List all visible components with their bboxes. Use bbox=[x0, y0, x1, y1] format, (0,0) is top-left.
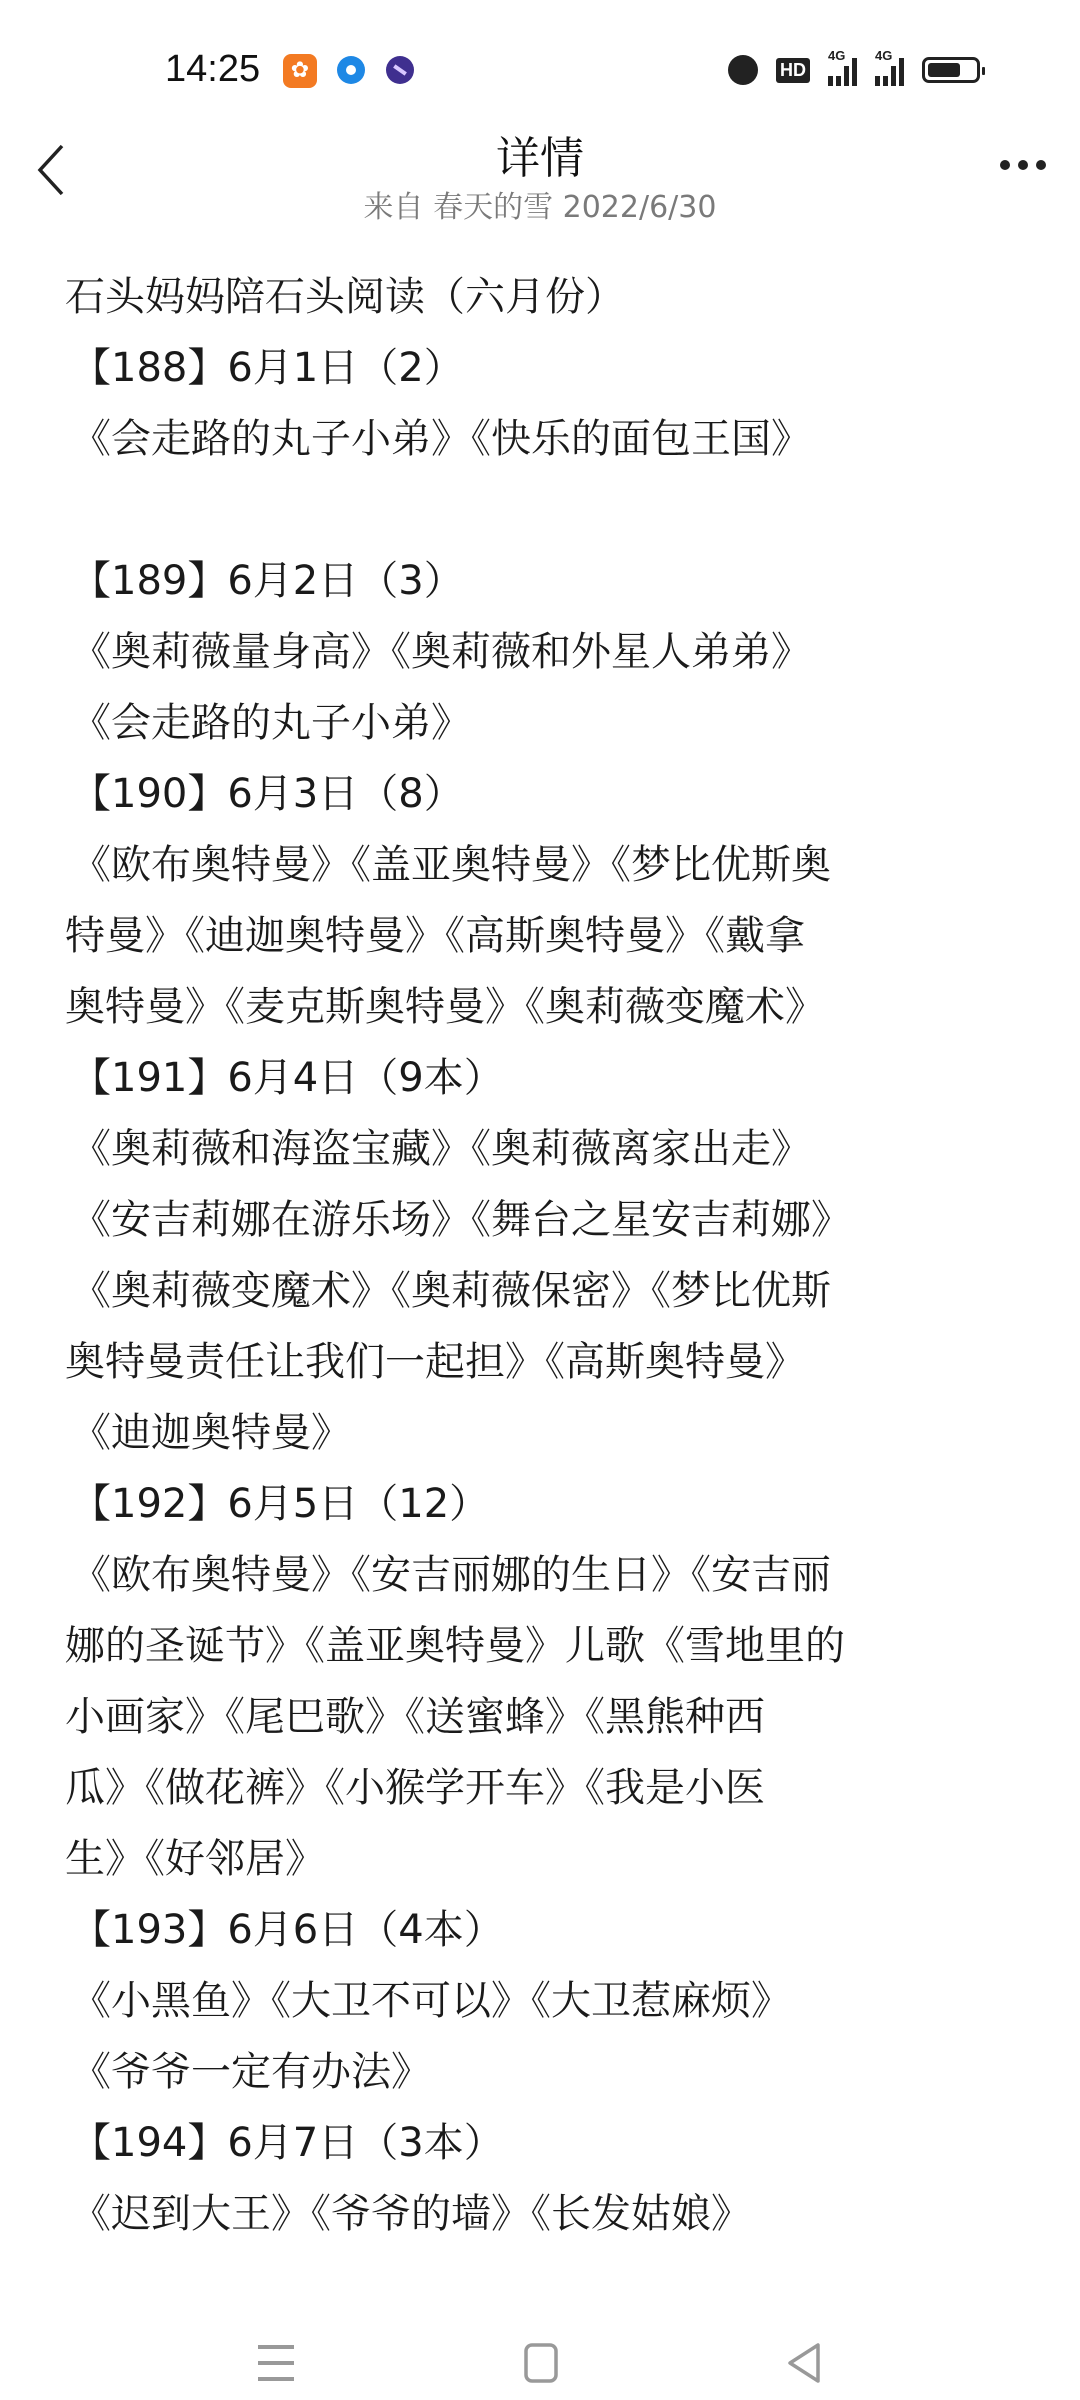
battery-icon bbox=[922, 57, 980, 83]
content-line: 小画家》《尾巴歌》《送蜜蜂》《黑熊种西 bbox=[65, 1682, 985, 1753]
page-title: 详情 bbox=[0, 122, 1080, 186]
more-dots-icon bbox=[1000, 160, 1010, 170]
post-content: 石头妈妈陪石头阅读（六月份） 【188】6月1日（2） 《会走路的丸子小弟》《快… bbox=[65, 262, 985, 2250]
content-line: 《会走路的丸子小弟》《快乐的面包王国》 bbox=[65, 404, 985, 475]
system-back-button[interactable] bbox=[766, 2285, 846, 2385]
content-line: 【193】6月6日（4本） bbox=[65, 1895, 985, 1966]
back-triangle-icon bbox=[766, 2285, 846, 2385]
content-line: 《小黑鱼》《大卫不可以》《大卫惹麻烦》 bbox=[65, 1966, 985, 2037]
alarm-icon bbox=[728, 55, 758, 85]
blue-circle-app-icon bbox=[337, 56, 365, 84]
content-line: 【188】6月1日（2） bbox=[65, 333, 985, 404]
content-line: 《奥莉薇变魔术》《奥莉薇保密》《梦比优斯 bbox=[65, 1256, 985, 1327]
content-line: 《爷爷一定有办法》 bbox=[65, 2037, 985, 2108]
content-line: 【192】6月5日（12） bbox=[65, 1469, 985, 1540]
content-line: 【194】6月7日（3本） bbox=[65, 2108, 985, 2179]
system-nav-bar bbox=[0, 2285, 1080, 2385]
content-line: 【191】6月4日（9本） bbox=[65, 1043, 985, 1114]
content-line: 《迪迦奥特曼》 bbox=[65, 1398, 985, 1469]
uc-browser-icon: ✿ bbox=[283, 54, 317, 88]
content-line: 《欧布奥特曼》《盖亚奥特曼》《梦比优斯奥 bbox=[65, 830, 985, 901]
home-button[interactable] bbox=[500, 2285, 580, 2385]
page-subtitle: 来自 春天的雪 2022/6/30 bbox=[0, 182, 1080, 226]
signal-4g-sim1-icon: 4G bbox=[828, 54, 857, 86]
system-icons: HD 4G 4G bbox=[728, 50, 980, 90]
content-line: 《会走路的丸子小弟》 bbox=[65, 688, 985, 759]
content-line: 娜的圣诞节》《盖亚奥特曼》儿歌《雪地里的 bbox=[65, 1611, 985, 1682]
content-line: 《奥莉薇量身高》《奥莉薇和外星人弟弟》 bbox=[65, 617, 985, 688]
content-blank-line bbox=[65, 475, 985, 546]
signal-4g-sim2-icon: 4G bbox=[875, 54, 904, 86]
content-line: 奥特曼责任让我们一起担》《高斯奥特曼》 bbox=[65, 1327, 985, 1398]
app-header: 详情 来自 春天的雪 2022/6/30 bbox=[0, 110, 1080, 230]
content-line: 奥特曼》《麦克斯奥特曼》《奥莉薇变魔术》 bbox=[65, 972, 985, 1043]
status-time: 14:25 bbox=[165, 48, 260, 91]
more-button[interactable] bbox=[1000, 160, 1046, 170]
content-line: 【189】6月2日（3） bbox=[65, 546, 985, 617]
purple-app-icon bbox=[386, 56, 414, 84]
content-line: 《安吉莉娜在游乐场》《舞台之星安吉莉娜》 bbox=[65, 1185, 985, 1256]
home-icon bbox=[500, 2285, 580, 2385]
menu-icon bbox=[236, 2285, 316, 2385]
content-line: 【190】6月3日（8） bbox=[65, 759, 985, 830]
content-line: 《奥莉薇和海盗宝藏》《奥莉薇离家出走》 bbox=[65, 1114, 985, 1185]
content-line: 《迟到大王》《爷爷的墙》《长发姑娘》 bbox=[65, 2179, 985, 2250]
content-line: 生》《好邻居》 bbox=[65, 1824, 985, 1895]
content-line: 《欧布奥特曼》《安吉丽娜的生日》《安吉丽 bbox=[65, 1540, 985, 1611]
hd-volte-icon: HD bbox=[776, 58, 810, 83]
content-line: 特曼》《迪迦奥特曼》《高斯奥特曼》《戴拿 bbox=[65, 901, 985, 972]
content-line: 石头妈妈陪石头阅读（六月份） bbox=[65, 262, 985, 333]
content-line: 瓜》《做花裤》《小猴学开车》《我是小医 bbox=[65, 1753, 985, 1824]
recent-apps-button[interactable] bbox=[236, 2285, 316, 2385]
